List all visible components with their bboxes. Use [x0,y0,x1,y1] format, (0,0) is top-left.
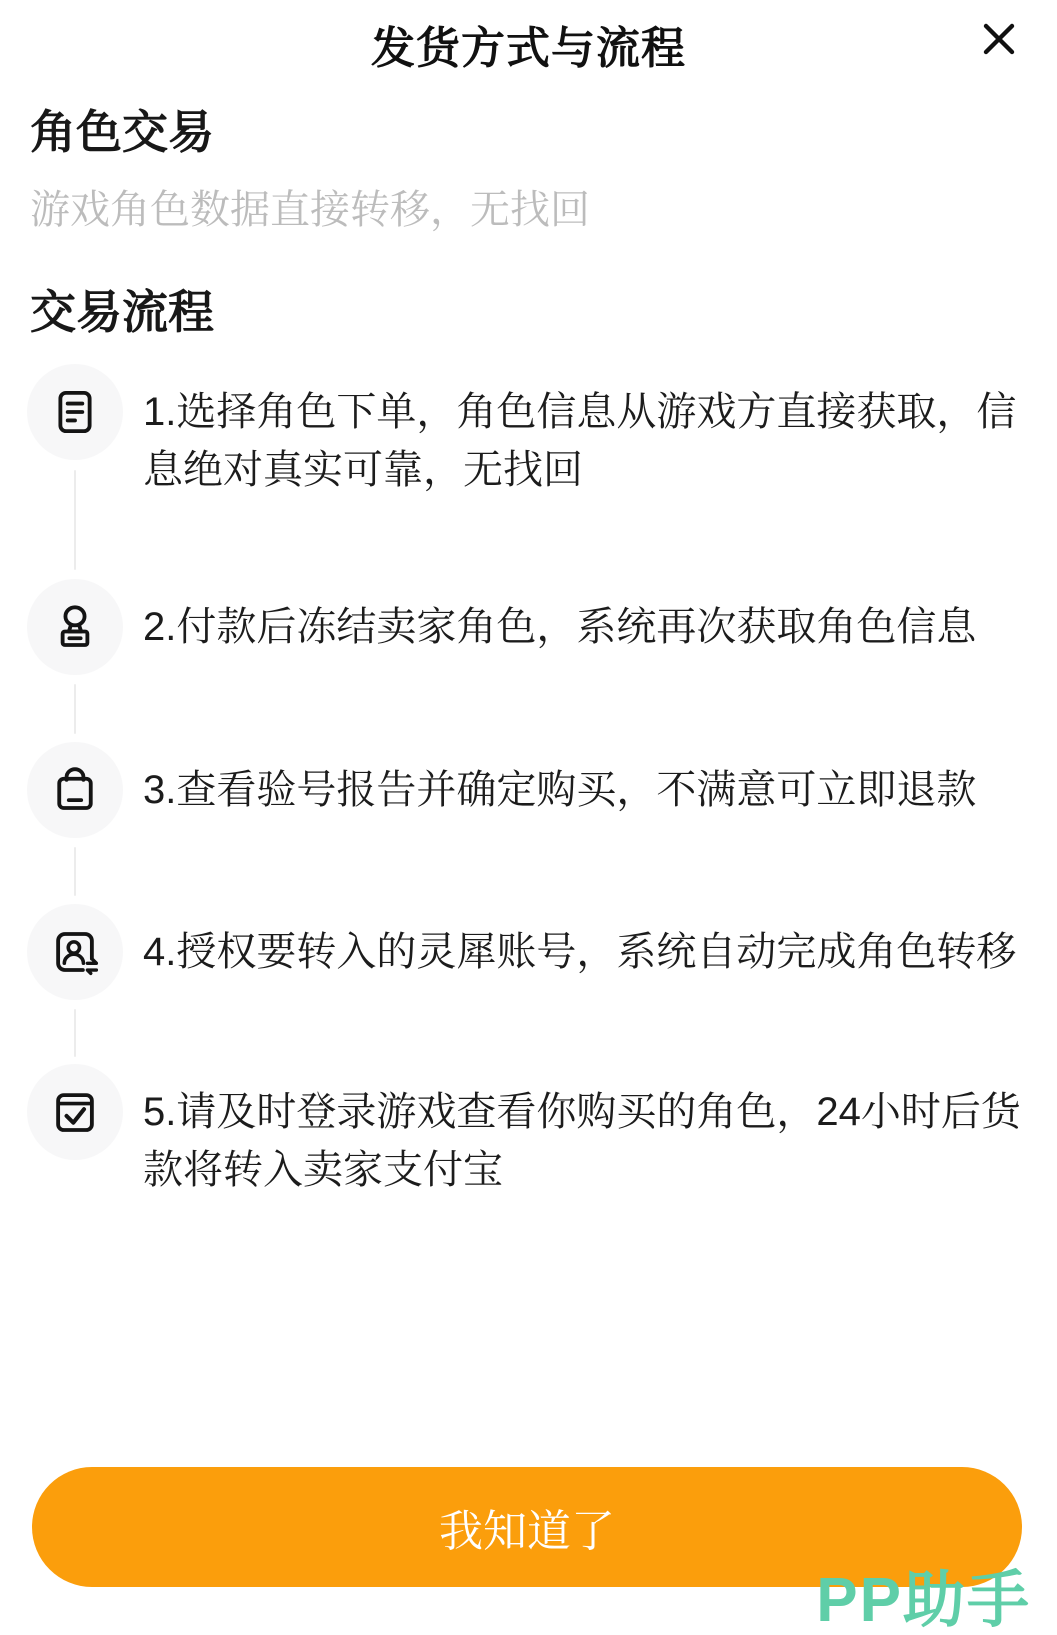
step-connector [74,1009,76,1057]
step-item: 3.查看验号报告并确定购买，不满意可立即退款 [143,761,1023,819]
step-connector [74,684,76,734]
page-title: 发货方式与流程 [0,12,1057,76]
close-button[interactable] [975,16,1023,64]
step-item: 1.选择角色下单，角色信息从游戏方直接获取，信息绝对真实可靠，无找回 [143,383,1023,499]
stamp-icon [27,579,123,675]
step-item: 4.授权要转入的灵犀账号，系统自动完成角色转移 [143,923,1023,981]
document-icon [27,364,123,460]
step-connector [74,470,76,570]
step-connector [74,847,76,896]
step-item: 2.付款后冻结卖家角色，系统再次获取角色信息 [143,598,1023,656]
shopping-bag-icon [27,742,123,838]
method-description: 游戏角色数据直接转移，无找回 [30,178,590,235]
section-heading-method: 角色交易 [30,96,214,162]
close-icon [979,19,1019,62]
watermark: PP助手 [816,1550,1031,1635]
section-heading-process: 交易流程 [30,276,214,342]
checkbox-icon [27,1064,123,1160]
shipping-method-modal: 发货方式与流程 角色交易 游戏角色数据直接转移，无找回 交易流程 1.选择角色下… [0,0,1057,1635]
account-transfer-icon [27,904,123,1000]
confirm-button-label: 我知道了 [439,1495,615,1559]
step-item: 5.请及时登录游戏查看你购买的角色，24小时后货款将转入卖家支付宝 [143,1083,1023,1199]
